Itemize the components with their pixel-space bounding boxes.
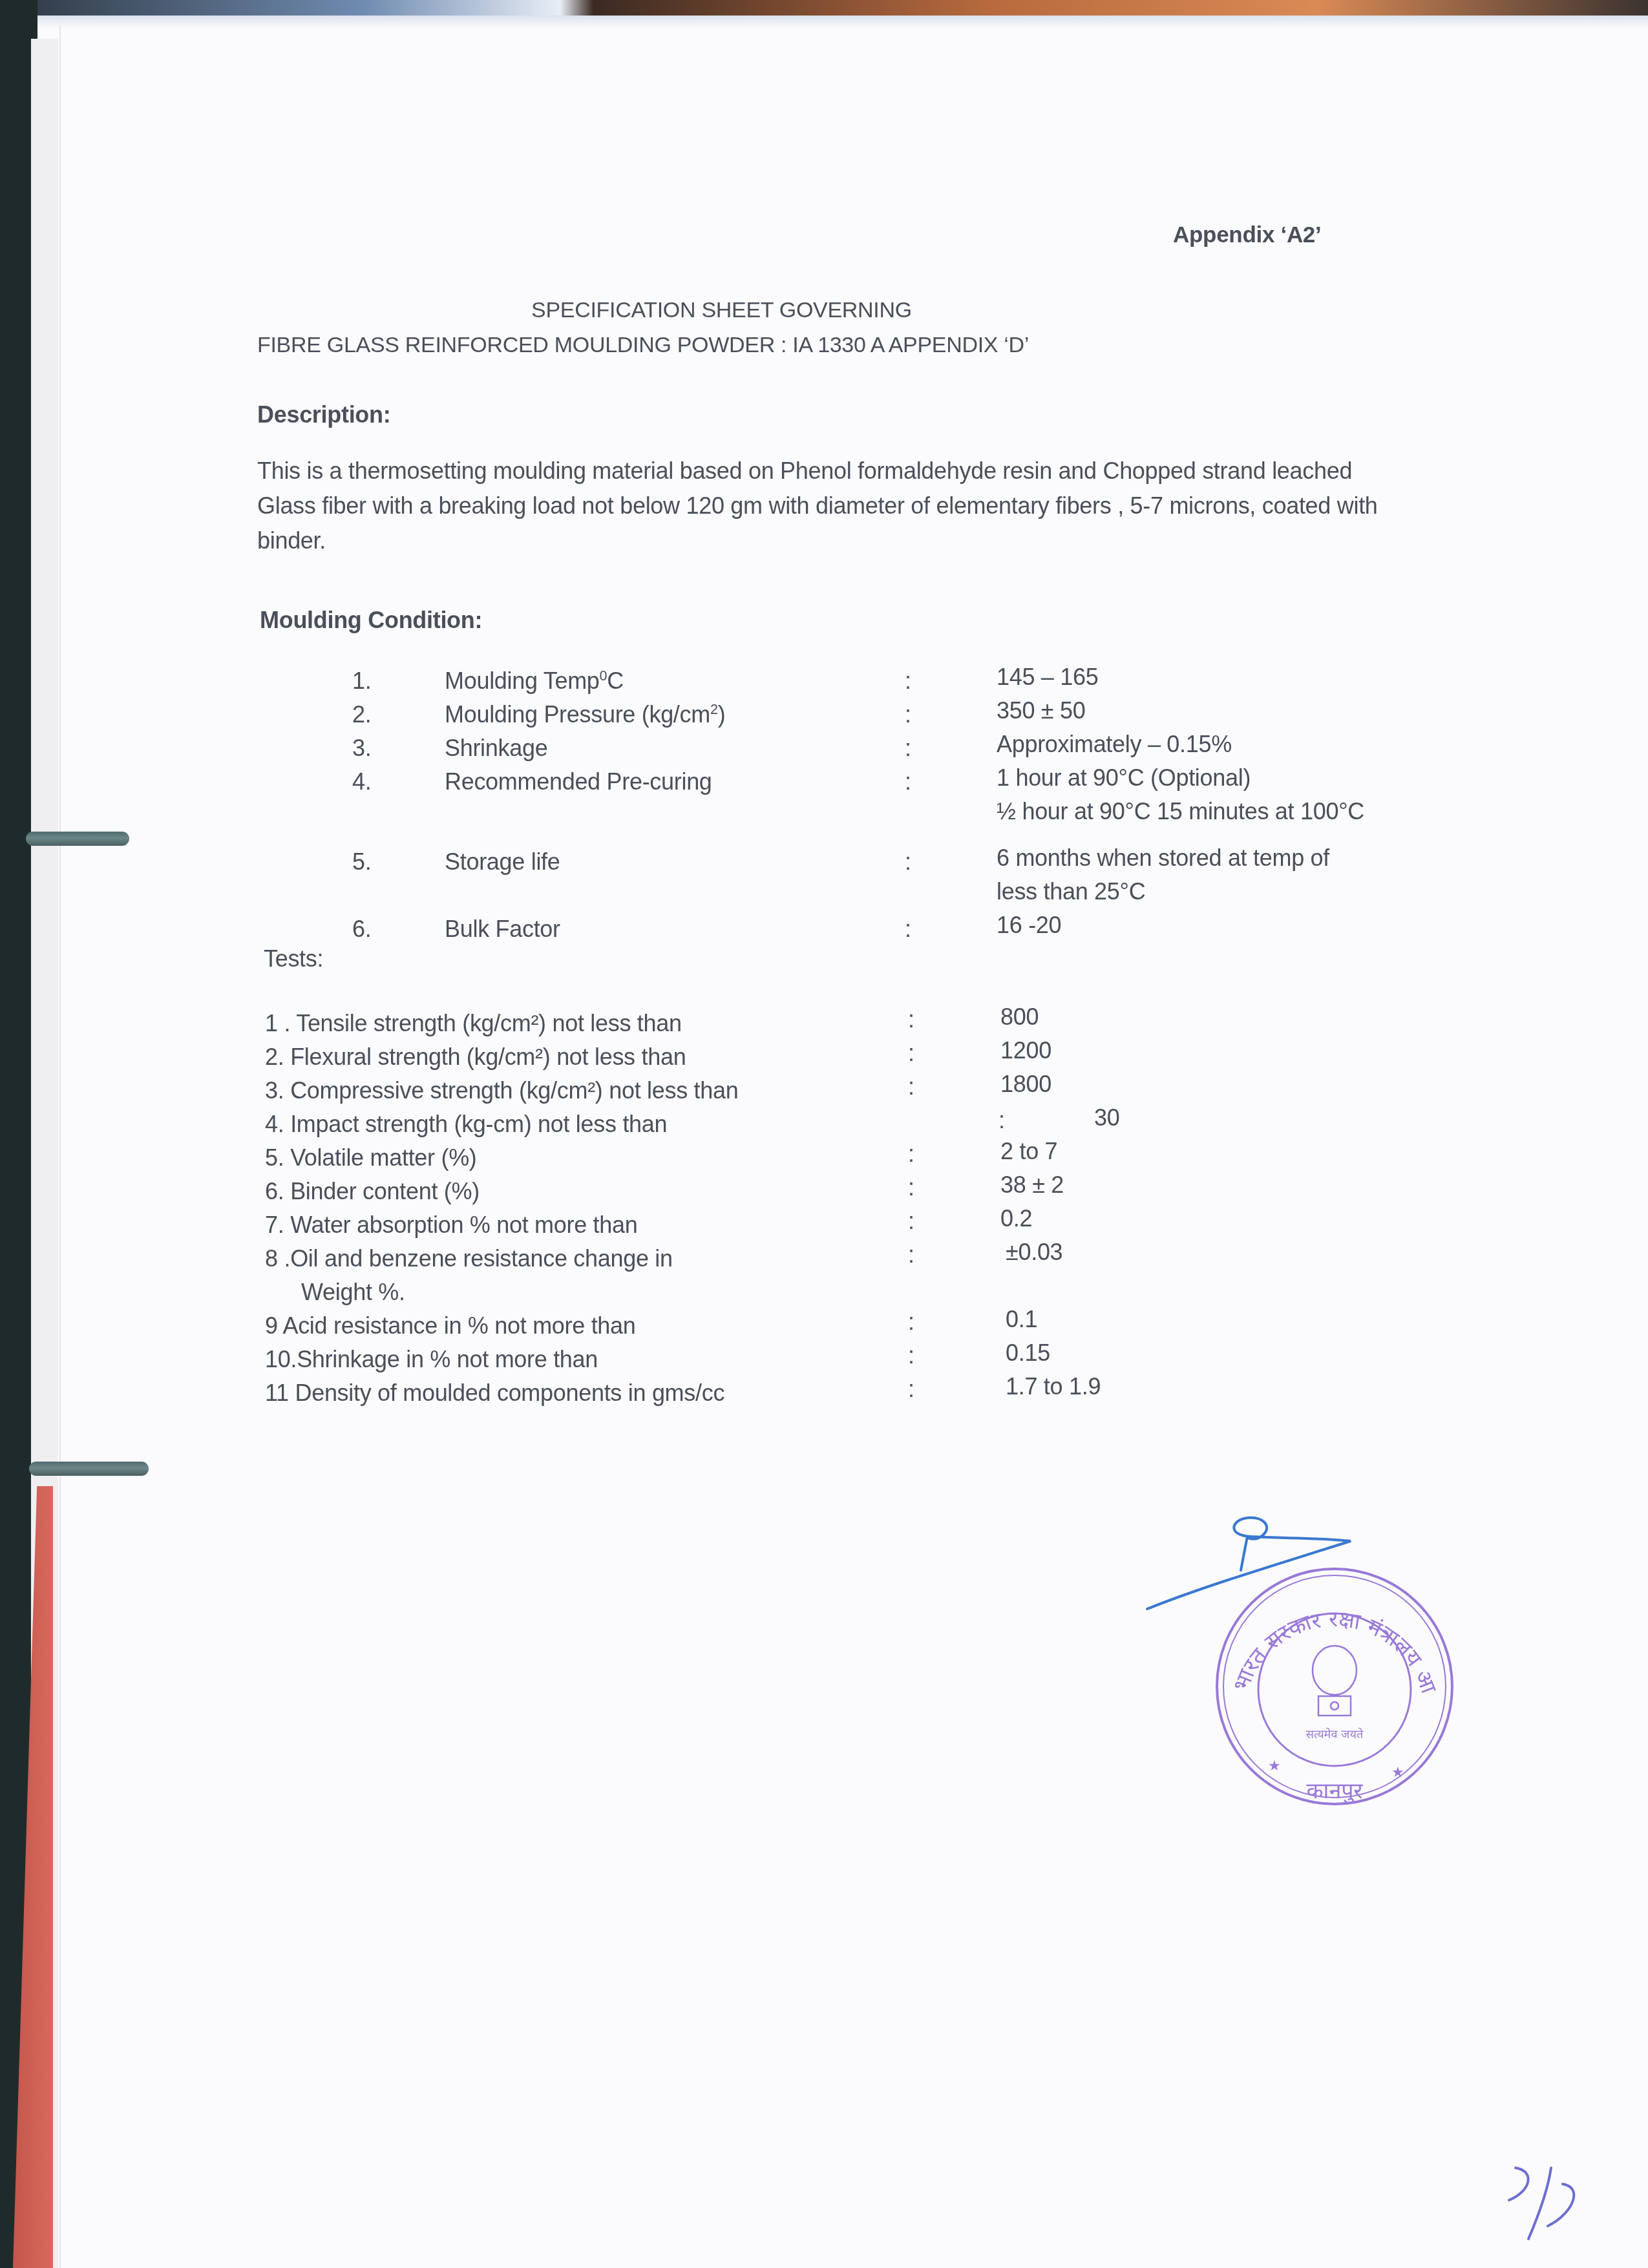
row-number: 3. (352, 734, 371, 762)
colon-separator: : (905, 768, 911, 796)
row-value: Approximately – 0.15% (997, 730, 1232, 759)
test-value: 2 to 7 (1000, 1137, 1057, 1166)
description-text: This is a thermosetting moulding materia… (257, 454, 1408, 558)
row-number: 6. (352, 915, 371, 943)
row-value: 16 -20 (997, 911, 1061, 940)
test-value: 0.2 (1000, 1204, 1032, 1233)
row-number: 1. (352, 667, 371, 695)
colon-separator: : (908, 1073, 914, 1101)
row-value: 1 hour at 90°C (Optional) (997, 764, 1251, 792)
svg-text:★: ★ (1268, 1758, 1281, 1774)
test-label: 6. Binder content (%) (265, 1177, 480, 1206)
row-label: Shrinkage (445, 734, 547, 762)
test-label-continued: Weight %. (301, 1278, 405, 1307)
row-label: Moulding Pressure (kg/cm2) (445, 700, 725, 729)
row-number: 4. (352, 768, 371, 796)
test-label: 7. Water absorption % not more than (265, 1211, 637, 1239)
colon-separator: : (908, 1039, 914, 1067)
colon-separator: : (905, 915, 911, 943)
test-value: 0.15 (1006, 1339, 1050, 1367)
row-value: less than 25°C (997, 877, 1145, 906)
title-line-1: SPECIFICATION SHEET GOVERNING (531, 296, 912, 324)
stamp-city-text: कानपुर (1306, 1778, 1363, 1805)
test-label: 3. Compressive strength (kg/cm²) not les… (265, 1076, 738, 1105)
colon-separator: : (908, 1005, 914, 1034)
national-emblem-icon (1313, 1646, 1357, 1716)
description-heading: Description: (257, 401, 390, 429)
handwritten-page-mark (1506, 2145, 1583, 2242)
row-value: 350 ± 50 (997, 697, 1085, 725)
colon-separator: : (908, 1207, 914, 1235)
row-value: 6 months when stored at temp of (997, 844, 1329, 872)
colon-separator: : (908, 1173, 914, 1202)
colon-separator: : (908, 1241, 914, 1269)
colon-separator: : (908, 1140, 914, 1168)
colon-separator: : (908, 1375, 914, 1403)
stamp-motto: सत्यमेव जयते (1306, 1727, 1364, 1741)
colon-separator: : (998, 1106, 1005, 1135)
colon-separator: : (908, 1341, 914, 1370)
test-label: 5. Volatile matter (%) (265, 1144, 477, 1172)
moulding-condition-heading: Moulding Condition: (260, 606, 482, 635)
test-value: 1200 (1000, 1036, 1051, 1065)
row-label: Storage life (445, 848, 560, 876)
document-page: Appendix ‘A2’ SPECIFICATION SHEET GOVERN… (0, 0, 1648, 2268)
test-label: 11 Density of moulded components in gms/… (265, 1379, 724, 1407)
title-line-2: FIBRE GLASS REINFORCED MOULDING POWDER :… (257, 331, 1029, 359)
test-label: 9 Acid resistance in % not more than (265, 1312, 636, 1340)
test-value: 1800 (1000, 1070, 1051, 1098)
test-value: 0.1 (1006, 1305, 1037, 1334)
colon-separator: : (908, 1308, 914, 1336)
row-label: Moulding Temp0C (445, 667, 624, 695)
test-label: 10.Shrinkage in % not more than (265, 1345, 598, 1374)
row-value: 145 – 165 (997, 663, 1098, 691)
test-value: 30 (1094, 1104, 1119, 1132)
colon-separator: : (905, 848, 911, 876)
test-value: 800 (1000, 1003, 1039, 1031)
svg-text:★: ★ (1391, 1764, 1404, 1780)
row-number: 5. (352, 848, 371, 876)
test-label: 4. Impact strength (kg-cm) not less than (265, 1110, 667, 1139)
colon-separator: : (905, 667, 911, 695)
row-number: 2. (352, 700, 371, 729)
test-value: 38 ± 2 (1000, 1171, 1064, 1199)
tests-heading: Tests: (264, 945, 323, 973)
official-stamp: भारत सरकार रक्षा मंत्रालय आयुध निर्माणी … (1209, 1560, 1461, 1812)
svg-text:भारत सरकार रक्षा मंत्रालय आयुध: भारत सरकार रक्षा मंत्रालय आयुध निर्माणी (1209, 1560, 1442, 1697)
colon-separator: : (905, 700, 911, 729)
test-label: 8 .Oil and benzene resistance change in (265, 1244, 673, 1273)
row-value: ½ hour at 90°C 15 minutes at 100°C (997, 797, 1364, 826)
row-label: Recommended Pre-curing (445, 768, 712, 796)
test-value: ±0.03 (1006, 1238, 1062, 1266)
appendix-label: Appendix ‘A2’ (1173, 221, 1321, 249)
test-value: 1.7 to 1.9 (1006, 1372, 1101, 1401)
test-label: 1 . Tensile strength (kg/cm²) not less t… (265, 1009, 682, 1038)
colon-separator: : (905, 734, 911, 762)
stamp-outer-text: भारत सरकार रक्षा मंत्रालय आयुध निर्माणी (1209, 1560, 1442, 1697)
row-label: Bulk Factor (445, 915, 560, 943)
test-label: 2. Flexural strength (kg/cm²) not less t… (265, 1043, 686, 1071)
